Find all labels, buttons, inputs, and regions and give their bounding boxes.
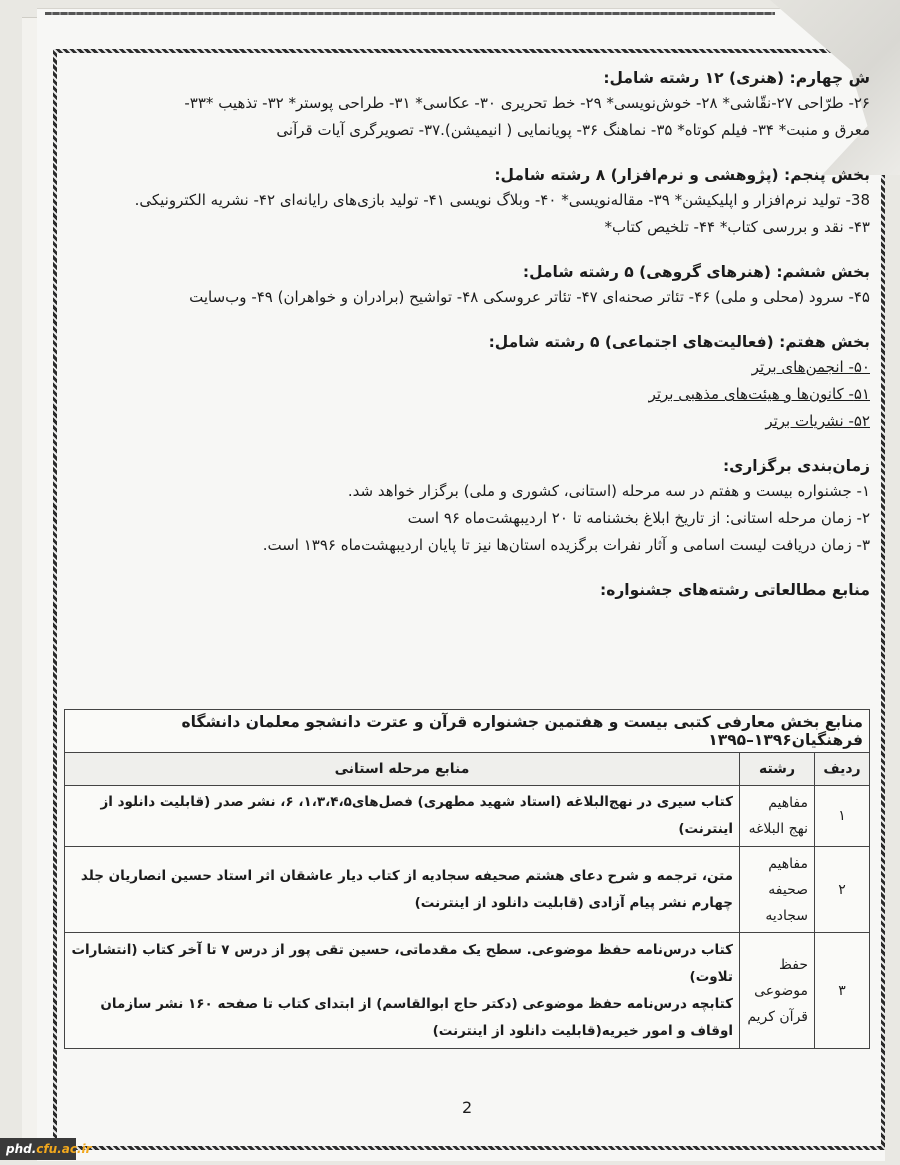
header-sources: منابع مرحله استانی bbox=[65, 753, 740, 786]
section-art: ش چهارم: (هنری) ۱۲ رشته شامل: ۲۶- طرّاحی… bbox=[64, 66, 870, 144]
header-field: رشته bbox=[740, 753, 815, 786]
section-heading: زمان‌بندی برگزاری: bbox=[64, 454, 870, 478]
section-line: معرق و منبت* ۳۴- فیلم کوتاه* ۳۵- نماهنگ … bbox=[64, 117, 870, 144]
section-heading: منابع مطالعاتی رشته‌های جشنواره: bbox=[64, 578, 870, 602]
section-line: ۳- زمان دریافت لیست اسامی و آثار نفرات ب… bbox=[64, 532, 870, 559]
section-line: ۵۲- نشریات برتر bbox=[765, 412, 870, 430]
row-field: مفاهیم نهج البلاغه bbox=[740, 786, 815, 847]
section-line: ۲- زمان مرحله استانی: از تاریخ ابلاغ بخش… bbox=[64, 505, 870, 532]
header-row-number: ردیف bbox=[815, 753, 870, 786]
row-sources: کتاب درس‌نامه حفظ موضوعی. سطح یک مقدماتی… bbox=[65, 933, 740, 1049]
section-heading: ش چهارم: (هنری) ۱۲ رشته شامل: bbox=[64, 66, 870, 90]
section-research: بخش پنجم: (پژوهشی و نرم‌افزار) ۸ رشته شا… bbox=[64, 163, 870, 241]
section-line: ۲۶- طرّاحی ۲۷-نقّاشی* ۲۸- خوش‌نویسی* ۲۹-… bbox=[64, 90, 870, 117]
section-group-arts: بخش ششم: (هنرهای گروهی) ۵ رشته شامل: ۴۵-… bbox=[64, 260, 870, 311]
section-sources: منابع مطالعاتی رشته‌های جشنواره: bbox=[64, 578, 870, 602]
section-schedule: زمان‌بندی برگزاری: ۱- جشنواره بیست و هفت… bbox=[64, 454, 870, 559]
sources-table: منابع بخش معارفی کتبی بیست و هفتمین جشنو… bbox=[64, 709, 870, 1049]
row-number: ۲ bbox=[815, 847, 870, 933]
section-line: ۵۰- انجمن‌های برتر bbox=[752, 358, 870, 376]
section-line: ۴۳- نقد و بررسی کتاب* ۴۴- تلخیص کتاب* bbox=[64, 214, 870, 241]
row-sources: کتاب سیری در نهج‌البلاغه (استاد شهید مطه… bbox=[65, 786, 740, 847]
source-item: کتاب درس‌نامه حفظ موضوعی. سطح یک مقدماتی… bbox=[71, 937, 733, 991]
page-number: 2 bbox=[462, 1098, 472, 1117]
table-row: ۱ مفاهیم نهج البلاغه کتاب سیری در نهج‌ال… bbox=[65, 786, 870, 847]
watermark-text-1: phd. bbox=[6, 1142, 36, 1156]
document-body: ش چهارم: (هنری) ۱۲ رشته شامل: ۲۶- طرّاحی… bbox=[64, 66, 870, 621]
row-sources: متن، ترجمه و شرح دعای هشتم صحیفه سجادیه … bbox=[65, 847, 740, 933]
row-field: مفاهیم صحیفه سجادیه bbox=[740, 847, 815, 933]
table-caption: منابع بخش معارفی کتبی بیست و هفتمین جشنو… bbox=[65, 710, 870, 753]
table-row: ۲ مفاهیم صحیفه سجادیه متن، ترجمه و شرح د… bbox=[65, 847, 870, 933]
section-heading: بخش هفتم: (فعالیت‌های اجتماعی) ۵ رشته شا… bbox=[64, 330, 870, 354]
source-item: کتابچه درس‌نامه حفظ موضوعی (دکتر حاج ابو… bbox=[71, 991, 733, 1045]
section-line: ۴۵- سرود (محلی و ملی) ۴۶- تئاتر صحنه‌ای … bbox=[64, 284, 870, 311]
section-social: بخش هفتم: (فعالیت‌های اجتماعی) ۵ رشته شا… bbox=[64, 330, 870, 435]
row-number: ۱ bbox=[815, 786, 870, 847]
section-line: ۱- جشنواره بیست و هفتم در سه مرحله (استا… bbox=[64, 478, 870, 505]
row-number: ۳ bbox=[815, 933, 870, 1049]
section-heading: بخش ششم: (هنرهای گروهی) ۵ رشته شامل: bbox=[64, 260, 870, 284]
section-line: ۵۱- کانون‌ها و هیئت‌های مذهبی برتر bbox=[649, 385, 870, 403]
table-row: ۳ حفظ موضوعی قرآن کریم کتاب درس‌نامه حفظ… bbox=[65, 933, 870, 1049]
section-heading: بخش پنجم: (پژوهشی و نرم‌افزار) ۸ رشته شا… bbox=[64, 163, 870, 187]
section-line: 38- تولید نرم‌افزار و اپلیکیشن* ۳۹- مقال… bbox=[64, 187, 870, 214]
top-border-line bbox=[45, 12, 775, 15]
row-field: حفظ موضوعی قرآن کریم bbox=[740, 933, 815, 1049]
watermark-badge[interactable]: phd.cfu.ac.ir bbox=[0, 1138, 76, 1160]
watermark-text-2: cfu.ac.ir bbox=[36, 1142, 91, 1156]
